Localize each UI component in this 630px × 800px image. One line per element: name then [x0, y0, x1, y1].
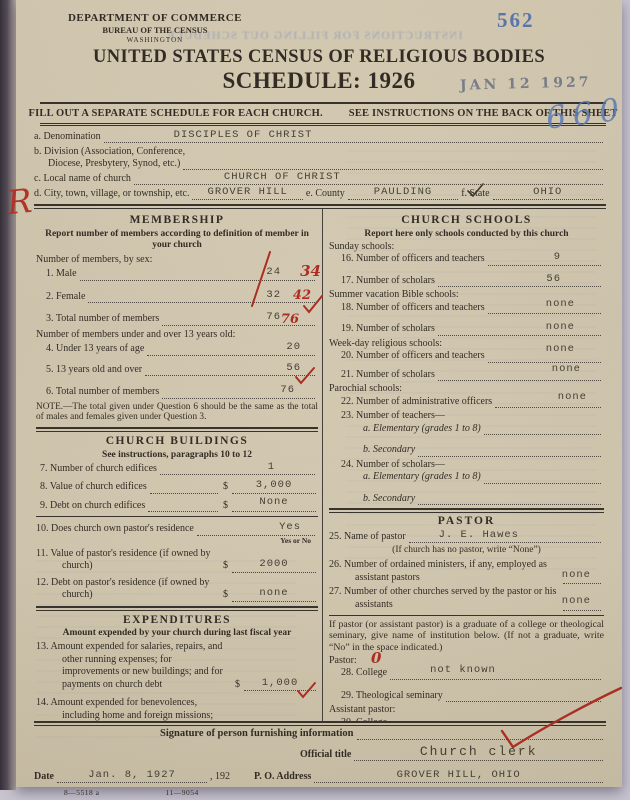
q11-line: 2000 [232, 561, 316, 573]
q21-line: none [438, 369, 601, 381]
q28-label: 28. College [341, 667, 387, 680]
question-23b-row: b. Secondary [329, 444, 604, 457]
q8-leader [150, 482, 218, 494]
church-schools-heading: CHURCH SCHOOLS [329, 214, 604, 227]
red-zero-mark: 0 [371, 652, 381, 665]
form-number-left: 8—5518 a [64, 787, 99, 799]
q13-dollar-sign: $ [235, 679, 240, 692]
state-value: OHIO [493, 186, 603, 198]
q23a-label: a. Elementary (grades 1 to 8) [363, 423, 481, 436]
q19-value: none [546, 321, 575, 334]
q8-dollar-sign: $ [223, 481, 228, 494]
handwritten-margin-r: R [5, 181, 34, 222]
q24b-line [418, 493, 601, 505]
left-column: MEMBERSHIP Report number of members acco… [34, 209, 322, 721]
state-line: OHIO [493, 188, 603, 200]
date-address-row: Date Jan. 8, 1927 , 192 P. O. Address GR… [34, 771, 606, 783]
q13-label: 13. Amount expended for salaries, repair… [36, 641, 227, 691]
footer-section: Signature of person furnishing informati… [34, 722, 606, 799]
q8-label: 8. Value of church edifices [40, 481, 147, 494]
expenditures-heading: EXPENDITURES [36, 614, 318, 627]
state-label: f. State [461, 188, 489, 200]
sunday-schools-label: Sunday schools: [329, 241, 604, 254]
census-schedule-paper: INSTRUCTIONS FOR FILLING OUT SCHEDULE DE… [16, 0, 622, 787]
question-24b-row: b. Secondary [329, 493, 604, 506]
q11-dollar-sign: $ [223, 560, 228, 573]
q27-line: none [563, 599, 601, 611]
question-24-label: 24. Number of scholars— [341, 459, 604, 472]
field-city-county-state: d. City, town, village, or township, etc… [34, 188, 606, 200]
question-23a-row: a. Elementary (grades 1 to 8) [329, 423, 604, 436]
date-192-suffix: , 192 [210, 771, 230, 783]
q22-value: none [558, 391, 587, 404]
q11-value: 2000 [232, 558, 316, 571]
q18-value: none [546, 298, 575, 311]
section-divider [36, 606, 318, 611]
q28-value: not known [430, 664, 496, 677]
handwritten-number-660: 660 [544, 91, 628, 137]
q30-label: 30. College [341, 717, 387, 721]
denomination-value: DISCIPLES OF CHRIST [174, 129, 313, 141]
q22-line: none [495, 396, 601, 408]
question-20-row: 20. Number of officers and teachers none [329, 350, 604, 363]
q24a-line [484, 472, 601, 484]
q29-label: 29. Theological seminary [341, 690, 443, 703]
division-label2: Diocese, Presbytery, Synod, etc.) [48, 158, 180, 170]
question-18-row: 18. Number of officers and teachers none [329, 302, 604, 315]
question-4-row: 4. Under 13 years of age 20 [36, 343, 318, 356]
q2-red-correction: 42 [293, 290, 311, 303]
q10-yes-no-hint: Yes or No [280, 535, 311, 548]
photo-dark-edge [0, 0, 16, 790]
q13-line: 1,000 [244, 679, 316, 691]
form-title: UNITED STATES CENSUS OF RELIGIOUS BODIES [16, 47, 622, 68]
q3-line: 76 76 [162, 314, 315, 326]
question-14-row: 14. Amount expended for benevolences, in… [36, 697, 318, 721]
signature-label: Signature of person furnishing informati… [160, 728, 354, 740]
q8-line: 3,000 [232, 482, 316, 494]
identification-fields: a. Denomination DISCIPLES OF CHRIST b. D… [34, 131, 606, 203]
q10-line: Yes Yes or No [197, 524, 315, 536]
po-address-line: GROVER HILL, OHIO [314, 771, 603, 783]
q20-line: none [488, 351, 601, 363]
main-form-box: MEMBERSHIP Report number of members acco… [34, 204, 606, 726]
q23b-label: b. Secondary [363, 444, 415, 457]
question-8-row: 8. Value of church edifices $ 3,000 [36, 481, 318, 494]
official-title-row: Official title Church clerk [34, 749, 606, 761]
q6-value: 76 [280, 384, 295, 397]
q12-label: 12. Debt on pastor's residence (if owned… [36, 577, 215, 602]
q24a-label: a. Elementary (grades 1 to 8) [363, 471, 481, 484]
q7-line: 1 [160, 463, 315, 475]
section-divider [329, 508, 604, 513]
question-16-row: 16. Number of officers and teachers 9 [329, 253, 604, 266]
question-9-row: 9. Debt on church edifices $ None [36, 500, 318, 513]
division-label: b. Division (Association, Conference, [34, 146, 185, 158]
q1-value: 24 [266, 266, 281, 279]
question-5-row: 5. 13 years old and over 56 [36, 364, 318, 377]
question-30-row: 30. College [329, 717, 604, 721]
po-address-value: GROVER HILL, OHIO [314, 769, 603, 781]
county-line: PAULDING [348, 188, 458, 200]
question-27-row: 27. Number of other churches served by t… [329, 586, 604, 611]
q28-line: not known [390, 668, 601, 680]
question-17-row: 17. Number of scholars 56 [329, 275, 604, 288]
q27-value: none [562, 595, 591, 608]
question-3-row: 3. Total number of members 76 76 [36, 313, 318, 326]
po-address-label: P. O. Address [254, 771, 311, 783]
signature-row: Signature of person furnishing informati… [34, 728, 606, 740]
q5-line: 56 [145, 364, 315, 376]
denomination-line: DISCIPLES OF CHRIST [104, 131, 603, 143]
q1-red-correction: 34 [300, 265, 321, 278]
membership-note: NOTE.—The total given under Question 6 s… [36, 402, 318, 424]
denomination-label: a. Denomination [34, 131, 101, 143]
local-name-label: c. Local name of church [34, 173, 131, 185]
q17-value: 56 [546, 273, 561, 286]
question-26-row: 26. Number of ordained ministers, if any… [329, 559, 604, 584]
field-division-line1: b. Division (Association, Conference, [34, 146, 606, 158]
q26-label: 26. Number of ordained ministers, if any… [329, 559, 560, 584]
q23b-line [418, 445, 601, 457]
question-13-row: 13. Amount expended for salaries, repair… [36, 641, 318, 691]
q17-label: 17. Number of scholars [341, 275, 435, 288]
right-column: CHURCH SCHOOLS Report here only schools … [322, 209, 606, 721]
q23a-line [484, 423, 601, 435]
q3-red-correction: 76 [281, 314, 299, 327]
q9-line: None [232, 500, 316, 512]
q22-label: 22. Number of administrative officers [341, 396, 492, 409]
local-name-line: CHURCH OF CHRIST [134, 173, 603, 185]
q18-label: 18. Number of officers and teachers [341, 302, 485, 315]
agency-block: DEPARTMENT OF COMMERCE BUREAU OF THE CEN… [68, 12, 242, 44]
expenditures-subheading: Amount expended by your church during la… [36, 628, 318, 639]
q21-value: none [552, 363, 581, 376]
q21-label: 21. Number of scholars [341, 369, 435, 382]
q1-line: 24 34 [80, 269, 315, 281]
q6-line: 76 [162, 387, 315, 399]
question-11-row: 11. Value of pastor's residence (if owne… [36, 548, 318, 573]
church-buildings-subheading: See instructions, paragraphs 10 to 12 [36, 450, 318, 461]
section-divider [36, 427, 318, 432]
q26-line: none [563, 572, 601, 584]
q3-value: 76 [266, 311, 281, 324]
q4-label: 4. Under 13 years of age [46, 343, 144, 356]
question-21-row: 21. Number of scholars none [329, 369, 604, 382]
county-value: PAULDING [348, 186, 458, 198]
question-10-row: 10. Does church own pastor's residence Y… [36, 523, 318, 536]
question-1-row: 1. Male 24 34 [36, 268, 318, 281]
q2-value: 32 [266, 289, 281, 302]
q16-value: 9 [554, 251, 561, 264]
q2-line: 32 42 [88, 291, 315, 303]
q1-label: 1. Male [46, 268, 77, 281]
q6-label: 6. Total number of members [46, 386, 159, 399]
membership-heading: MEMBERSHIP [36, 214, 318, 227]
q30-line [390, 717, 601, 721]
question-28-row: 28. College not known [329, 667, 604, 680]
q9-value: None [232, 496, 316, 509]
q19-label: 19. Number of scholars [341, 323, 435, 336]
members-by-sex-label: Number of members, by sex: [36, 254, 318, 267]
q10-label: 10. Does church own pastor's residence [36, 523, 194, 536]
question-23-label: 23. Number of teachers— [341, 410, 604, 423]
q25-value: J. E. Hawes [439, 529, 519, 542]
city-line: GROVER HILL [192, 188, 302, 200]
q9-leader [148, 500, 218, 512]
field-denomination: a. Denomination DISCIPLES OF CHRIST [34, 131, 606, 143]
instruction-bar: FILL OUT A SEPARATE SCHEDULE FOR EACH CH… [40, 102, 606, 124]
question-6-row: 6. Total number of members 76 [36, 386, 318, 399]
q25-label: 25. Name of pastor [329, 531, 406, 544]
county-label: e. County [306, 188, 345, 200]
church-schools-subheading: Report here only schools conducted by th… [329, 229, 604, 240]
field-local-name: c. Local name of church CHURCH OF CHRIST [34, 173, 606, 185]
q7-value: 1 [268, 461, 275, 474]
question-7-row: 7. Number of church edifices 1 [36, 463, 318, 476]
q12-line: none [232, 590, 316, 602]
date-value: Jan. 8, 1927 [57, 769, 207, 781]
q18-line: none [488, 302, 601, 314]
q9-dollar-sign: $ [223, 500, 228, 513]
question-24a-row: a. Elementary (grades 1 to 8) [329, 471, 604, 484]
q20-label: 20. Number of officers and teachers [341, 350, 485, 363]
city-label: d. City, town, village, or township, etc… [34, 188, 189, 200]
signature-line [357, 728, 604, 740]
assistant-pastor-label: Assistant pastor: [329, 704, 604, 717]
question-19-row: 19. Number of scholars none [329, 323, 604, 336]
q29-line [446, 690, 601, 702]
q9-label: 9. Debt on church edifices [40, 500, 145, 513]
q4-value: 20 [286, 341, 301, 354]
agency-name: DEPARTMENT OF COMMERCE [68, 12, 242, 24]
membership-subheading: Report number of members according to de… [36, 229, 318, 251]
q26-value: none [562, 569, 591, 582]
q12-dollar-sign: $ [223, 589, 228, 602]
agency-bureau: BUREAU OF THE CENSUS [68, 25, 242, 35]
q3-label: 3. Total number of members [46, 313, 159, 326]
q13-value: 1,000 [244, 677, 316, 690]
q5-value: 56 [286, 362, 301, 375]
scanned-census-form: { "colors":{"paper":"#d0c5ac","red_ink":… [0, 0, 630, 800]
church-buildings-heading: CHURCH BUILDINGS [36, 435, 318, 448]
q20-value: none [546, 343, 575, 356]
date-label: Date [34, 771, 54, 783]
q10-value: Yes [279, 521, 301, 534]
q24b-label: b. Secondary [363, 493, 415, 506]
question-2-row: 2. Female 32 42 [36, 291, 318, 304]
q12-value: none [232, 587, 316, 600]
q8-value: 3,000 [232, 479, 316, 492]
q2-label: 2. Female [46, 291, 85, 304]
page-number: 562 [497, 8, 535, 33]
q7-label: 7. Number of church edifices [40, 463, 157, 476]
form-numbers: 8—5518 a 11—9054 [34, 787, 606, 799]
pastor-heading: PASTOR [329, 515, 604, 528]
question-29-row: 29. Theological seminary [329, 690, 604, 703]
section-divider [36, 516, 318, 517]
pastor-sub-label-text: Pastor: [329, 655, 357, 666]
form-number-right: 11—9054 [165, 787, 198, 799]
q5-label: 5. 13 years old and over [46, 364, 142, 377]
q16-line: 9 [488, 254, 601, 266]
graduate-instruction-note: If pastor (or assistant pastor) is a gra… [329, 619, 604, 653]
q11-label: 11. Value of pastor's residence (if owne… [36, 548, 215, 573]
official-title-label: Official title [300, 749, 351, 761]
q19-line: none [438, 324, 601, 336]
city-value: GROVER HILL [192, 186, 302, 198]
question-22-row: 22. Number of administrative officers no… [329, 396, 604, 409]
field-division-line2: Diocese, Presbytery, Synod, etc.) [34, 158, 606, 170]
q25-note: (If church has no pastor, write “None”) [329, 545, 604, 556]
official-title-line: Church clerk [354, 749, 603, 761]
q27-label: 27. Number of other churches served by t… [329, 586, 560, 611]
instruction-bar-left: FILL OUT A SEPARATE SCHEDULE FOR EACH CH… [28, 108, 322, 119]
section-divider [329, 615, 604, 616]
q16-label: 16. Number of officers and teachers [341, 253, 485, 266]
members-by-age-label: Number of members under and over 13 year… [36, 329, 318, 342]
official-title-value: Church clerk [354, 746, 603, 758]
question-12-row: 12. Debt on pastor's residence (if owned… [36, 577, 318, 602]
q25-line: J. E. Hawes [409, 531, 601, 543]
date-line: Jan. 8, 1927 [57, 771, 207, 783]
division-line [183, 158, 603, 170]
q4-line: 20 [147, 344, 315, 356]
agency-city: WASHINGTON [68, 36, 242, 44]
local-name-value: CHURCH OF CHRIST [224, 171, 341, 183]
q14-label: 14. Amount expended for benevolences, in… [36, 697, 227, 721]
q17-line: 56 [438, 275, 601, 287]
question-25-row: 25. Name of pastor J. E. Hawes [329, 531, 604, 544]
